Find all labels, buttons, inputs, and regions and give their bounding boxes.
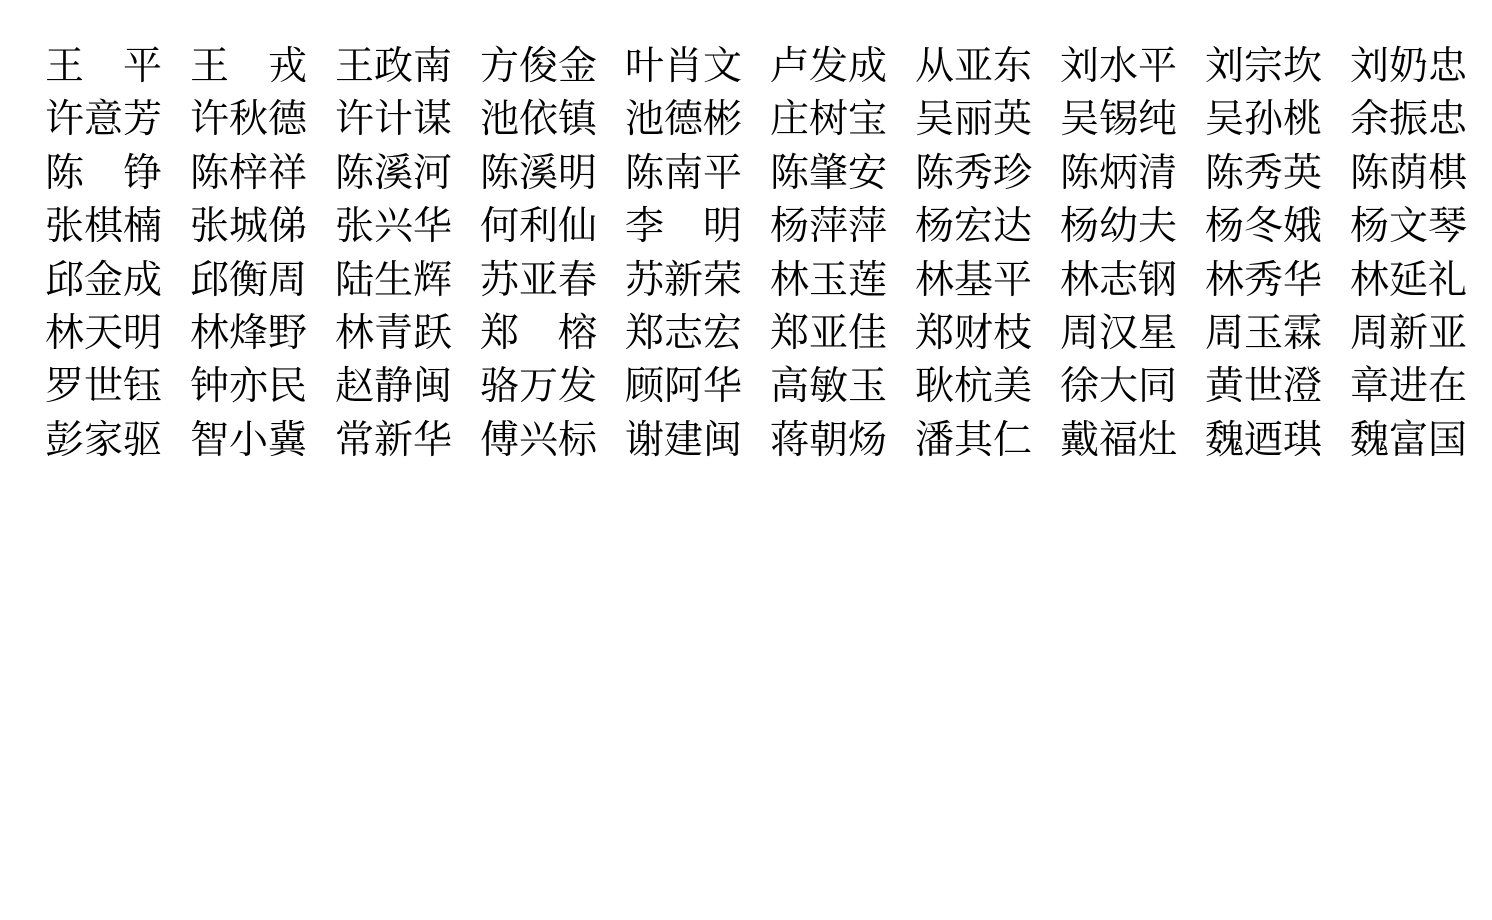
person-name: 骆万发 [480,360,597,413]
person-name: 苏亚春 [480,254,597,307]
person-name: 邱衡周 [190,254,307,307]
person-name: 林基平 [915,254,1032,307]
person-name: 余振忠 [1350,93,1467,146]
person-name: 陈 铮 [45,147,162,200]
person-name: 陈荫棋 [1350,147,1467,200]
person-name: 魏富国 [1350,414,1467,467]
person-name: 钟亦民 [190,360,307,413]
person-name: 庄树宝 [770,93,887,146]
person-name: 何利仙 [480,200,597,253]
person-name: 吴孙桃 [1205,93,1322,146]
person-name: 徐大同 [1060,360,1177,413]
person-name: 魏迺琪 [1205,414,1322,467]
person-name: 陈秀英 [1205,147,1322,200]
person-name: 潘其仁 [915,414,1032,467]
person-name: 顾阿华 [625,360,742,413]
person-name: 戴福灶 [1060,414,1177,467]
person-name: 杨冬娥 [1205,200,1322,253]
person-name: 郑 榕 [480,307,597,360]
person-name: 罗世钰 [45,360,162,413]
person-name: 李 明 [625,200,742,253]
person-name: 池依镇 [480,93,597,146]
person-name: 杨宏达 [915,200,1032,253]
person-name: 周新亚 [1350,307,1467,360]
person-name: 杨幼夫 [1060,200,1177,253]
person-name: 陈炳清 [1060,147,1177,200]
document-page: 王 平王 戎王政南方俊金叶肖文卢发成从亚东刘水平刘宗坎刘奶忠许意芳许秋德许计谋池… [0,0,1492,920]
person-name: 吴锡纯 [1060,93,1177,146]
person-name: 王 平 [45,40,162,93]
person-name: 从亚东 [915,40,1032,93]
person-name: 林秀华 [1205,254,1322,307]
person-name: 杨文琴 [1350,200,1467,253]
person-name: 方俊金 [480,40,597,93]
person-name: 刘水平 [1060,40,1177,93]
person-name: 陈梓祥 [190,147,307,200]
person-name: 卢发成 [770,40,887,93]
person-name: 周玉霖 [1205,307,1322,360]
person-name: 常新华 [335,414,452,467]
person-name: 叶肖文 [625,40,742,93]
person-name: 蒋朝炀 [770,414,887,467]
person-name: 林志钢 [1060,254,1177,307]
person-name: 林玉莲 [770,254,887,307]
name-grid: 王 平王 戎王政南方俊金叶肖文卢发成从亚东刘水平刘宗坎刘奶忠许意芳许秋德许计谋池… [45,40,1467,467]
person-name: 谢建闽 [625,414,742,467]
person-name: 刘奶忠 [1350,40,1467,93]
person-name: 林烽野 [190,307,307,360]
person-name: 黄世澄 [1205,360,1322,413]
person-name: 陈南平 [625,147,742,200]
person-name: 许秋德 [190,93,307,146]
person-name: 张城俤 [190,200,307,253]
person-name: 陈肇安 [770,147,887,200]
person-name: 陆生辉 [335,254,452,307]
person-name: 彭家驱 [45,414,162,467]
person-name: 耿杭美 [915,360,1032,413]
person-name: 陈秀珍 [915,147,1032,200]
person-name: 陈溪河 [335,147,452,200]
person-name: 智小冀 [190,414,307,467]
person-name: 刘宗坎 [1205,40,1322,93]
person-name: 郑志宏 [625,307,742,360]
person-name: 周汉星 [1060,307,1177,360]
person-name: 池德彬 [625,93,742,146]
person-name: 王政南 [335,40,452,93]
person-name: 林天明 [45,307,162,360]
person-name: 郑财枝 [915,307,1032,360]
person-name: 傅兴标 [480,414,597,467]
person-name: 赵静闽 [335,360,452,413]
person-name: 陈溪明 [480,147,597,200]
person-name: 张棋楠 [45,200,162,253]
person-name: 郑亚佳 [770,307,887,360]
person-name: 许计谋 [335,93,452,146]
person-name: 高敏玉 [770,360,887,413]
person-name: 林延礼 [1350,254,1467,307]
person-name: 杨萍萍 [770,200,887,253]
person-name: 吴丽英 [915,93,1032,146]
person-name: 张兴华 [335,200,452,253]
person-name: 林青跃 [335,307,452,360]
person-name: 苏新荣 [625,254,742,307]
person-name: 邱金成 [45,254,162,307]
person-name: 王 戎 [190,40,307,93]
person-name: 许意芳 [45,93,162,146]
person-name: 章进在 [1350,360,1467,413]
